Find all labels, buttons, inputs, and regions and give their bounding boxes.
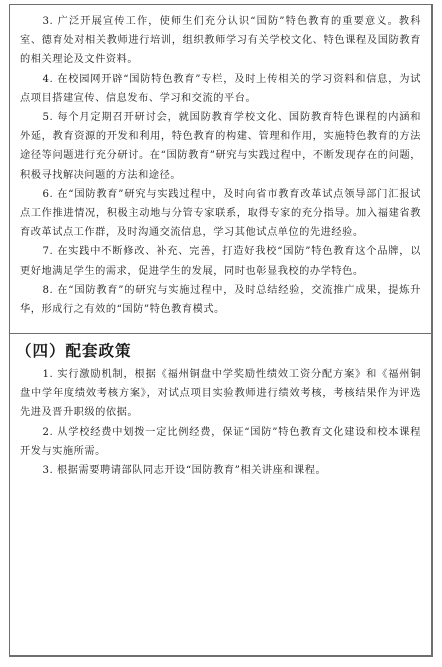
paragraph-step-5: 5. 每个月定期召开研讨会，就国防教育学校文化、国防教育特色课程的内涵和外延，教… [10, 108, 431, 185]
paragraph-policy-2: 2. 从学校经费中划拨一定比例经费，保证“国防”特色教育文化建设和校本课程开发与… [10, 423, 431, 461]
document-table: 3. 广泛开展宣传工作，使师生们充分认识“国防”特色教育的重要意义。教科室、德育… [9, 4, 433, 657]
paragraph-step-3: 3. 广泛开展宣传工作，使师生们充分认识“国防”特色教育的重要意义。教科室、德育… [10, 12, 431, 70]
section-heading: （四）配套政策 [10, 334, 431, 363]
paragraph-policy-3: 3. 根据需要聘请部队同志开设“国防教育”相关讲座和课程。 [10, 461, 431, 480]
paragraph-step-6: 6. 在“国防教育”研究与实践过程中，及时向省市教育改革试点领导部门汇报试点工作… [10, 185, 431, 243]
implementation-steps-content: 3. 广泛开展宣传工作，使师生们充分认识“国防”特色教育的重要意义。教科室、德育… [10, 5, 431, 319]
paragraph-step-4: 4. 在校园网开辟“国防特色教育”专栏，及时上传相关的学习资料和信息，为试点项目… [10, 70, 431, 108]
paragraph-step-8: 8. 在“国防教育”的研究与实施过程中，及时总结经验，交流推广成果，提炼升华，形… [10, 281, 431, 319]
supporting-policies-cell: （四）配套政策 1. 实行激励机制，根据《福州铜盘中学奖励性绩效工资分配方案》和… [10, 334, 431, 655]
implementation-steps-cell: 3. 广泛开展宣传工作，使师生们充分认识“国防”特色教育的重要意义。教科室、德育… [10, 5, 431, 334]
paragraph-step-7: 7. 在实践中不断修改、补充、完善，打造好我校“国防”特色教育这个品牌，以更好地… [10, 242, 431, 280]
paragraph-policy-1: 1. 实行激励机制，根据《福州铜盘中学奖励性绩效工资分配方案》和《福州铜盘中学年… [10, 365, 431, 423]
supporting-policies-content: 1. 实行激励机制，根据《福州铜盘中学奖励性绩效工资分配方案》和《福州铜盘中学年… [10, 363, 431, 480]
